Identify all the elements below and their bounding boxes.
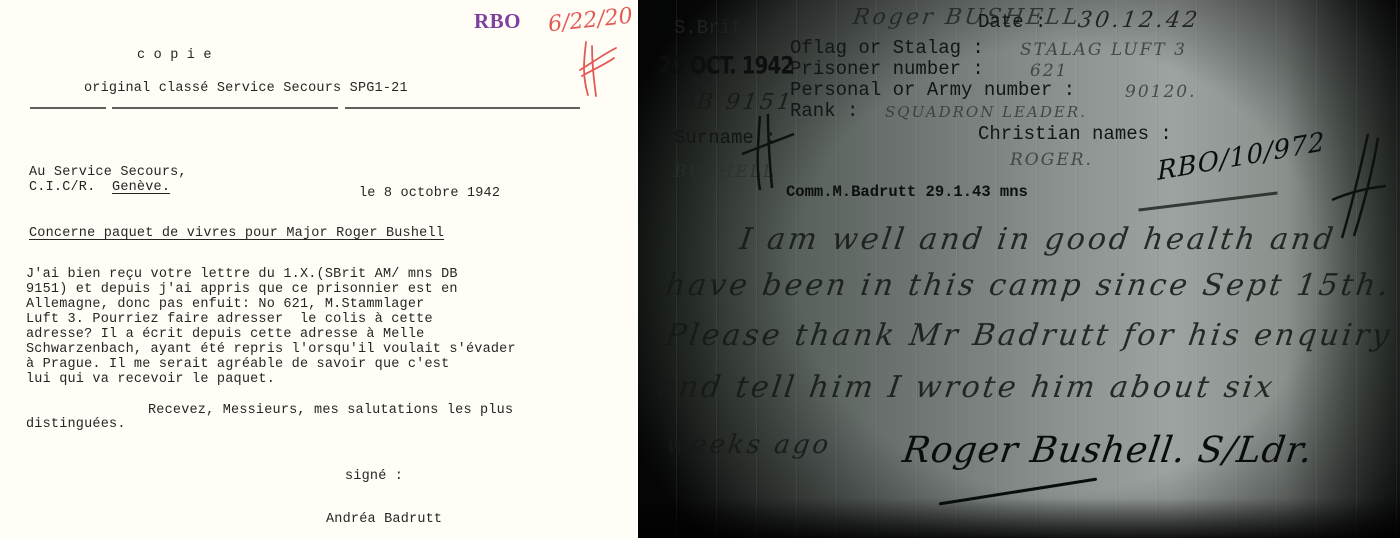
message-line: and tell him I wrote him about six (656, 370, 1278, 405)
sbrit-reference: S.Brit/ (674, 18, 754, 38)
field-label: Prisoner number : (790, 58, 984, 80)
handwritten-red-date: 6/22/20 (547, 4, 634, 38)
field-camp: Oflag or Stalag : STALAG LUFT 3 (790, 38, 984, 58)
body-line: Luft 3. Pourriez faire adresser le colis… (26, 312, 433, 327)
copy-heading: c o p i e (137, 48, 212, 63)
field-value: SQUADRON LEADER. (885, 103, 1105, 121)
body-line: Allemagne, donc pas enfuit: No 621, M.St… (26, 297, 424, 312)
addressee-city: Genève. (112, 180, 170, 195)
field-rank: Rank : SQUADRON LEADER. (790, 101, 858, 121)
body-line: à Prague. Il me serait agréable de savoi… (26, 357, 449, 372)
addressee-line-2: C.I.C/R. Genève. (29, 180, 170, 195)
handwritten-name-top: Roger BUSHELL (851, 5, 1082, 30)
field-label: Rank : (790, 100, 858, 122)
received-date-stamp: 20 OCT. 1942 (658, 51, 793, 80)
message-line: weeks ago (664, 430, 833, 460)
letter-date: le 8 octobre 1942 (359, 186, 500, 201)
signatory-name: Andréa Badrutt (326, 512, 442, 527)
signed-label: signé : (345, 469, 403, 484)
signature: Roger Bushell. S/Ldr. (900, 430, 1316, 471)
divider-rule (30, 107, 106, 109)
date-label: Date : (978, 12, 1046, 32)
pen-stroke (1138, 191, 1277, 211)
body-line: adresse? Il a écrit depuis cette adresse… (26, 327, 424, 342)
divider-rule (112, 107, 338, 109)
communication-note: Comm.M.Badrutt 29.1.43 mns (786, 183, 1028, 201)
field-prisoner-number: Prisoner number : 621 (790, 59, 984, 79)
christian-names-label: Christian names : (978, 124, 1172, 144)
message-line: I am well and in good health and (738, 222, 1339, 257)
typed-letter-copy: RBO 6/22/20 c o p i e original classé Se… (0, 0, 637, 538)
message-line: have been in this camp since Sept 15th. (664, 268, 1394, 303)
date-value: 30.12.42 (1076, 8, 1201, 33)
copy-subheading: original classé Service Secours SPG1-21 (84, 81, 408, 96)
field-value: 621 (1030, 61, 1110, 81)
message-line: Please thank Mr Badrutt for his enquiry (664, 318, 1395, 353)
field-label: Oflag or Stalag : (790, 37, 984, 59)
field-label: Personal or Army number : (790, 79, 1075, 101)
rbo-reference-handwritten: RBO/10/972 (1157, 127, 1326, 187)
body-line: lui qui va recevoir le paquet. (26, 372, 275, 387)
body-line: Schwarzenbach, ayant été repris l'orsqu'… (26, 342, 516, 357)
body-line: 9151) et depuis j'ai appris que ce priso… (26, 282, 458, 297)
christian-names-value: ROGER. (1010, 150, 1093, 170)
body-line: J'ai bien reçu votre lettre du 1.X.(SBri… (26, 267, 458, 282)
divider-rule (345, 107, 580, 109)
field-value: 90120. (1125, 82, 1245, 102)
microfilm-prisoner-card: S.Brit/ Roger BUSHELL Date : 30.12.42 20… (638, 0, 1400, 538)
letter-subject: Concerne paquet de vivres pour Major Rog… (29, 226, 444, 241)
field-value: STALAG LUFT 3 (1020, 40, 1220, 60)
red-initials-mark-icon (578, 40, 618, 98)
closing-line-2: distinguées. (26, 417, 126, 432)
closing-line-1: Recevez, Messieurs, mes salutations les … (148, 403, 513, 418)
addressee-line-1: Au Service Secours, (29, 165, 187, 180)
field-army-number: Personal or Army number : 90120. (790, 80, 1075, 100)
rbo-stamp: RBO (474, 9, 521, 34)
addressee-org: C.I.C/R. (29, 180, 95, 195)
initials-mark-icon (738, 112, 798, 192)
signature-underline (939, 478, 1097, 506)
